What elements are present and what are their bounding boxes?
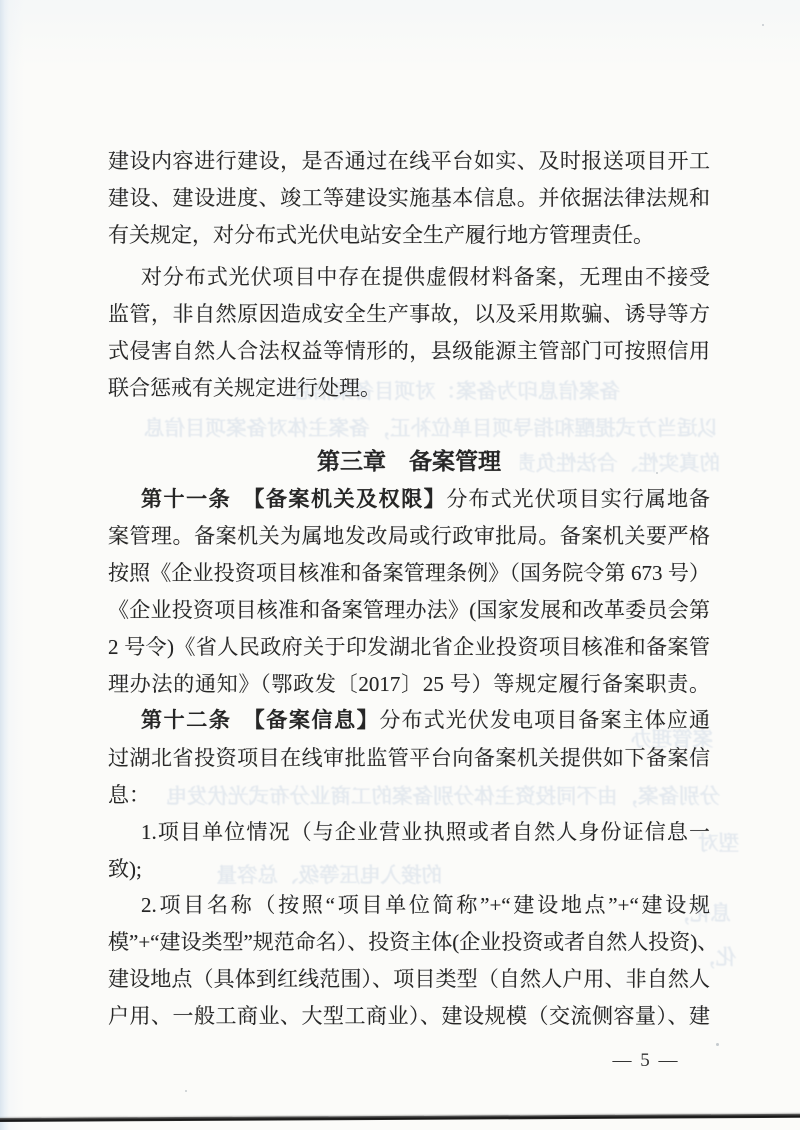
scan-speck <box>762 24 764 26</box>
text-line: 建设内容进行建设，是否通过在线平台如实、及时报送项目开工 <box>108 143 710 180</box>
text-line: 案管理。备案机关为属地发改局或行政审批局。备案机关要严格 <box>108 518 710 555</box>
text-line: 按照《企业投资项目核准和备案管理条例》（国务院令第 673 号） <box>108 555 710 592</box>
text-line: 息： <box>108 777 710 814</box>
scan-edge-left <box>0 0 9 1130</box>
text-line: 致); <box>108 851 710 888</box>
chapter-heading: 第三章 备案管理 <box>108 441 710 481</box>
text-line: 过湖北省投资项目在线审批监管平台向备案机关提供如下备案信 <box>108 740 710 777</box>
scan-speck <box>656 472 658 474</box>
text-line: 式侵害自然人合法权益等情形的，县级能源主管部门可按照信用 <box>108 333 710 370</box>
page-number: — 5 — <box>606 1050 686 1072</box>
text-line: 《企业投资项目核准和备案管理办法》(国家发展和改革委员会第 <box>108 592 710 629</box>
scan-edge-bottom <box>0 1114 800 1122</box>
scan-speck <box>185 1090 187 1092</box>
scanned-page: { "page": { "number_label": "— 5 —" }, "… <box>0 0 800 1130</box>
text-line: 建设、建设进度、竣工等建设实施基本信息。并依据法律法规和 <box>108 180 710 217</box>
text-line: 模”+“建设类型”规范命名）、投资主体(企业投资或者自然人投资)、 <box>108 924 710 961</box>
bold-label: 第十一条 【备案机关及权限】 <box>141 488 446 511</box>
text-line: 户用、一般工商业、大型工商业）、建设规模（交流侧容量）、建 <box>108 998 710 1035</box>
bold-label: 第十二条 【备案信息】 <box>141 709 379 732</box>
scan-speck <box>716 1043 719 1046</box>
text-line: 建设地点（具体到红线范围）、项目类型（自然人户用、非自然人 <box>108 961 710 998</box>
text-line: 理办法的通知》（鄂政发〔2017〕25 号）等规定履行备案职责。 <box>108 666 710 703</box>
text-line: 监管，非自然原因造成安全生产事故，以及采用欺骗、诱导等方 <box>108 296 710 333</box>
text-line: 对分布式光伏项目中存在提供虚假材料备案，无理由不接受 <box>108 259 710 296</box>
text-line: 2.项目名称（按照“项目单位简称”+“建设地点”+“建设规 <box>108 887 710 924</box>
text-line: 2 号令)《省人民政府关于印发湖北省企业投资项目核准和备案管 <box>108 629 710 666</box>
document-text: 建设内容进行建设，是否通过在线平台如实、及时报送项目开工建设、建设进度、竣工等建… <box>108 0 710 1035</box>
text-line: 第十一条 【备案机关及权限】分布式光伏项目实行属地备 <box>108 481 710 519</box>
text-line: 有关规定，对分布式光伏电站安全生产履行地方管理责任。 <box>108 217 710 254</box>
text-line: 第十二条 【备案信息】分布式光伏发电项目备案主体应通 <box>108 702 710 740</box>
text-line: 1.项目单位情况（与企业营业执照或者自然人身份证信息一 <box>108 814 710 851</box>
text-line: 联合惩戒有关规定进行处理。 <box>108 370 710 407</box>
